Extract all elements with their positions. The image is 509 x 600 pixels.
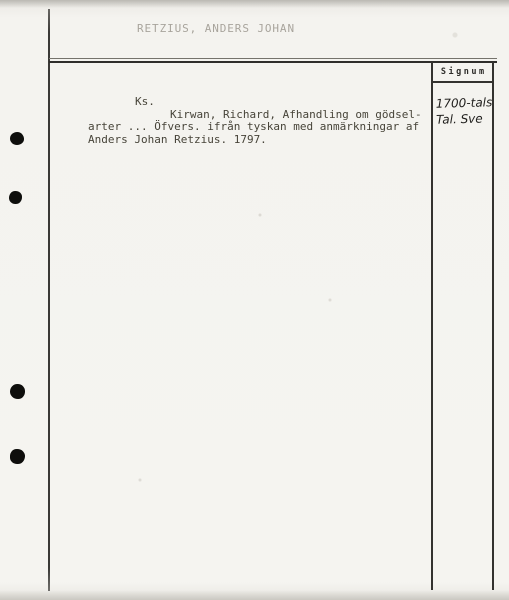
signum-column: Signum 1700-tals Tal. Sve xyxy=(431,62,494,590)
card-top-rule-thick xyxy=(49,61,497,63)
scan-bottom-shadow xyxy=(0,590,509,600)
signum-handwritten-note: 1700-tals Tal. Sve xyxy=(436,95,493,127)
punch-hole xyxy=(9,191,22,204)
punch-hole xyxy=(10,384,25,399)
signum-handwritten-line: Tal. Sve xyxy=(436,111,492,128)
signum-handwritten-line: 1700-tals xyxy=(436,95,492,112)
catalog-card-scan: RETZIUS, ANDERS JOHAN Signum 1700-tals T… xyxy=(0,0,509,600)
card-body-line: Ks. xyxy=(135,96,428,109)
card-body-line: Anders Johan Retzius. 1797. xyxy=(88,134,428,147)
card-top-rule-thin xyxy=(49,58,497,59)
signum-label: Signum xyxy=(438,67,486,77)
card-heading-author: RETZIUS, ANDERS JOHAN xyxy=(137,22,295,35)
left-margin-rule xyxy=(48,9,50,591)
scan-top-shadow xyxy=(0,0,509,8)
punch-hole xyxy=(10,449,25,464)
punch-hole xyxy=(10,132,24,145)
signum-header-box: Signum xyxy=(433,62,492,83)
card-body-entry: Ks. Kirwan, Richard, Afhandling om gödse… xyxy=(88,96,428,147)
